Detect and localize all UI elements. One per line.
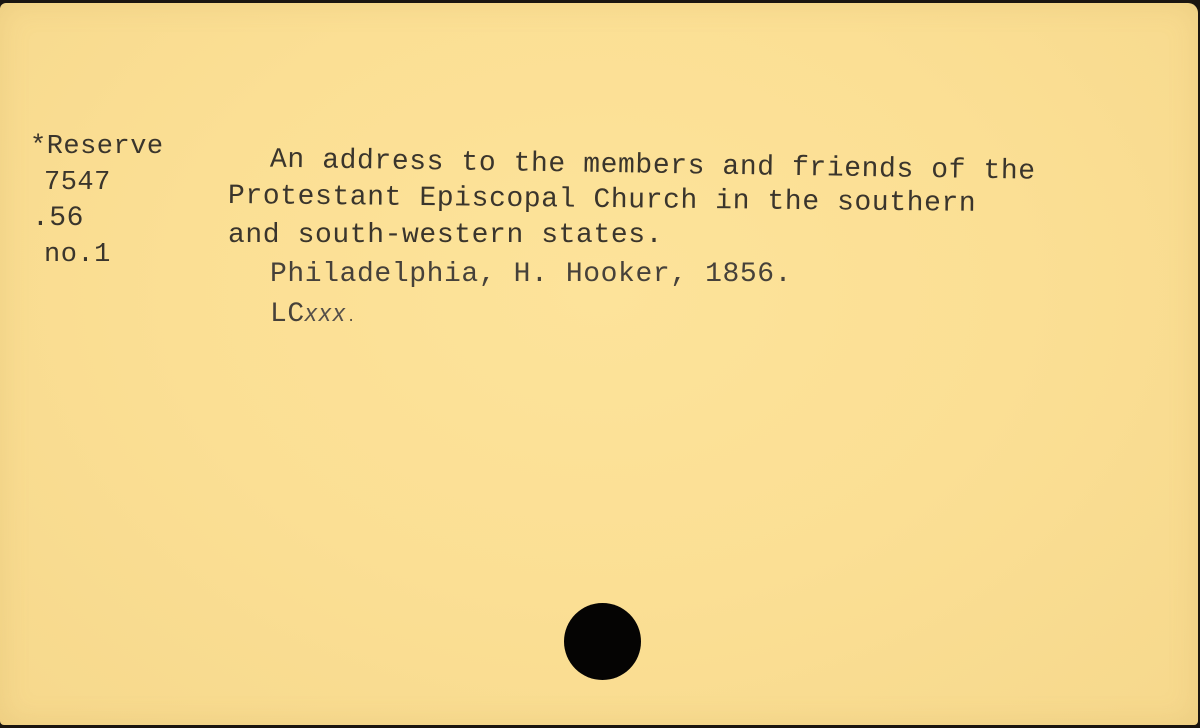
call-number: *Reserve 7547 .56 no.1 (30, 129, 164, 273)
lc-prefix: LC (270, 299, 305, 330)
call-number-location: *Reserve (30, 129, 164, 165)
punch-hole-icon (564, 603, 641, 680)
lc-mark: xxx (305, 300, 347, 327)
catalog-card: *Reserve 7547 .56 no.1 An address to the… (0, 3, 1198, 725)
bibliographic-entry: An address to the members and friends of… (228, 138, 1036, 338)
imprint: Philadelphia, H. Hooker, 1856. (228, 255, 1036, 294)
lc-suffix: . (347, 310, 356, 326)
lc-note: LCxxx. (228, 294, 1036, 338)
call-number-volume: no.1 (30, 237, 164, 273)
call-number-class: 7547 (30, 165, 164, 201)
call-number-cutter: .56 (30, 201, 164, 237)
